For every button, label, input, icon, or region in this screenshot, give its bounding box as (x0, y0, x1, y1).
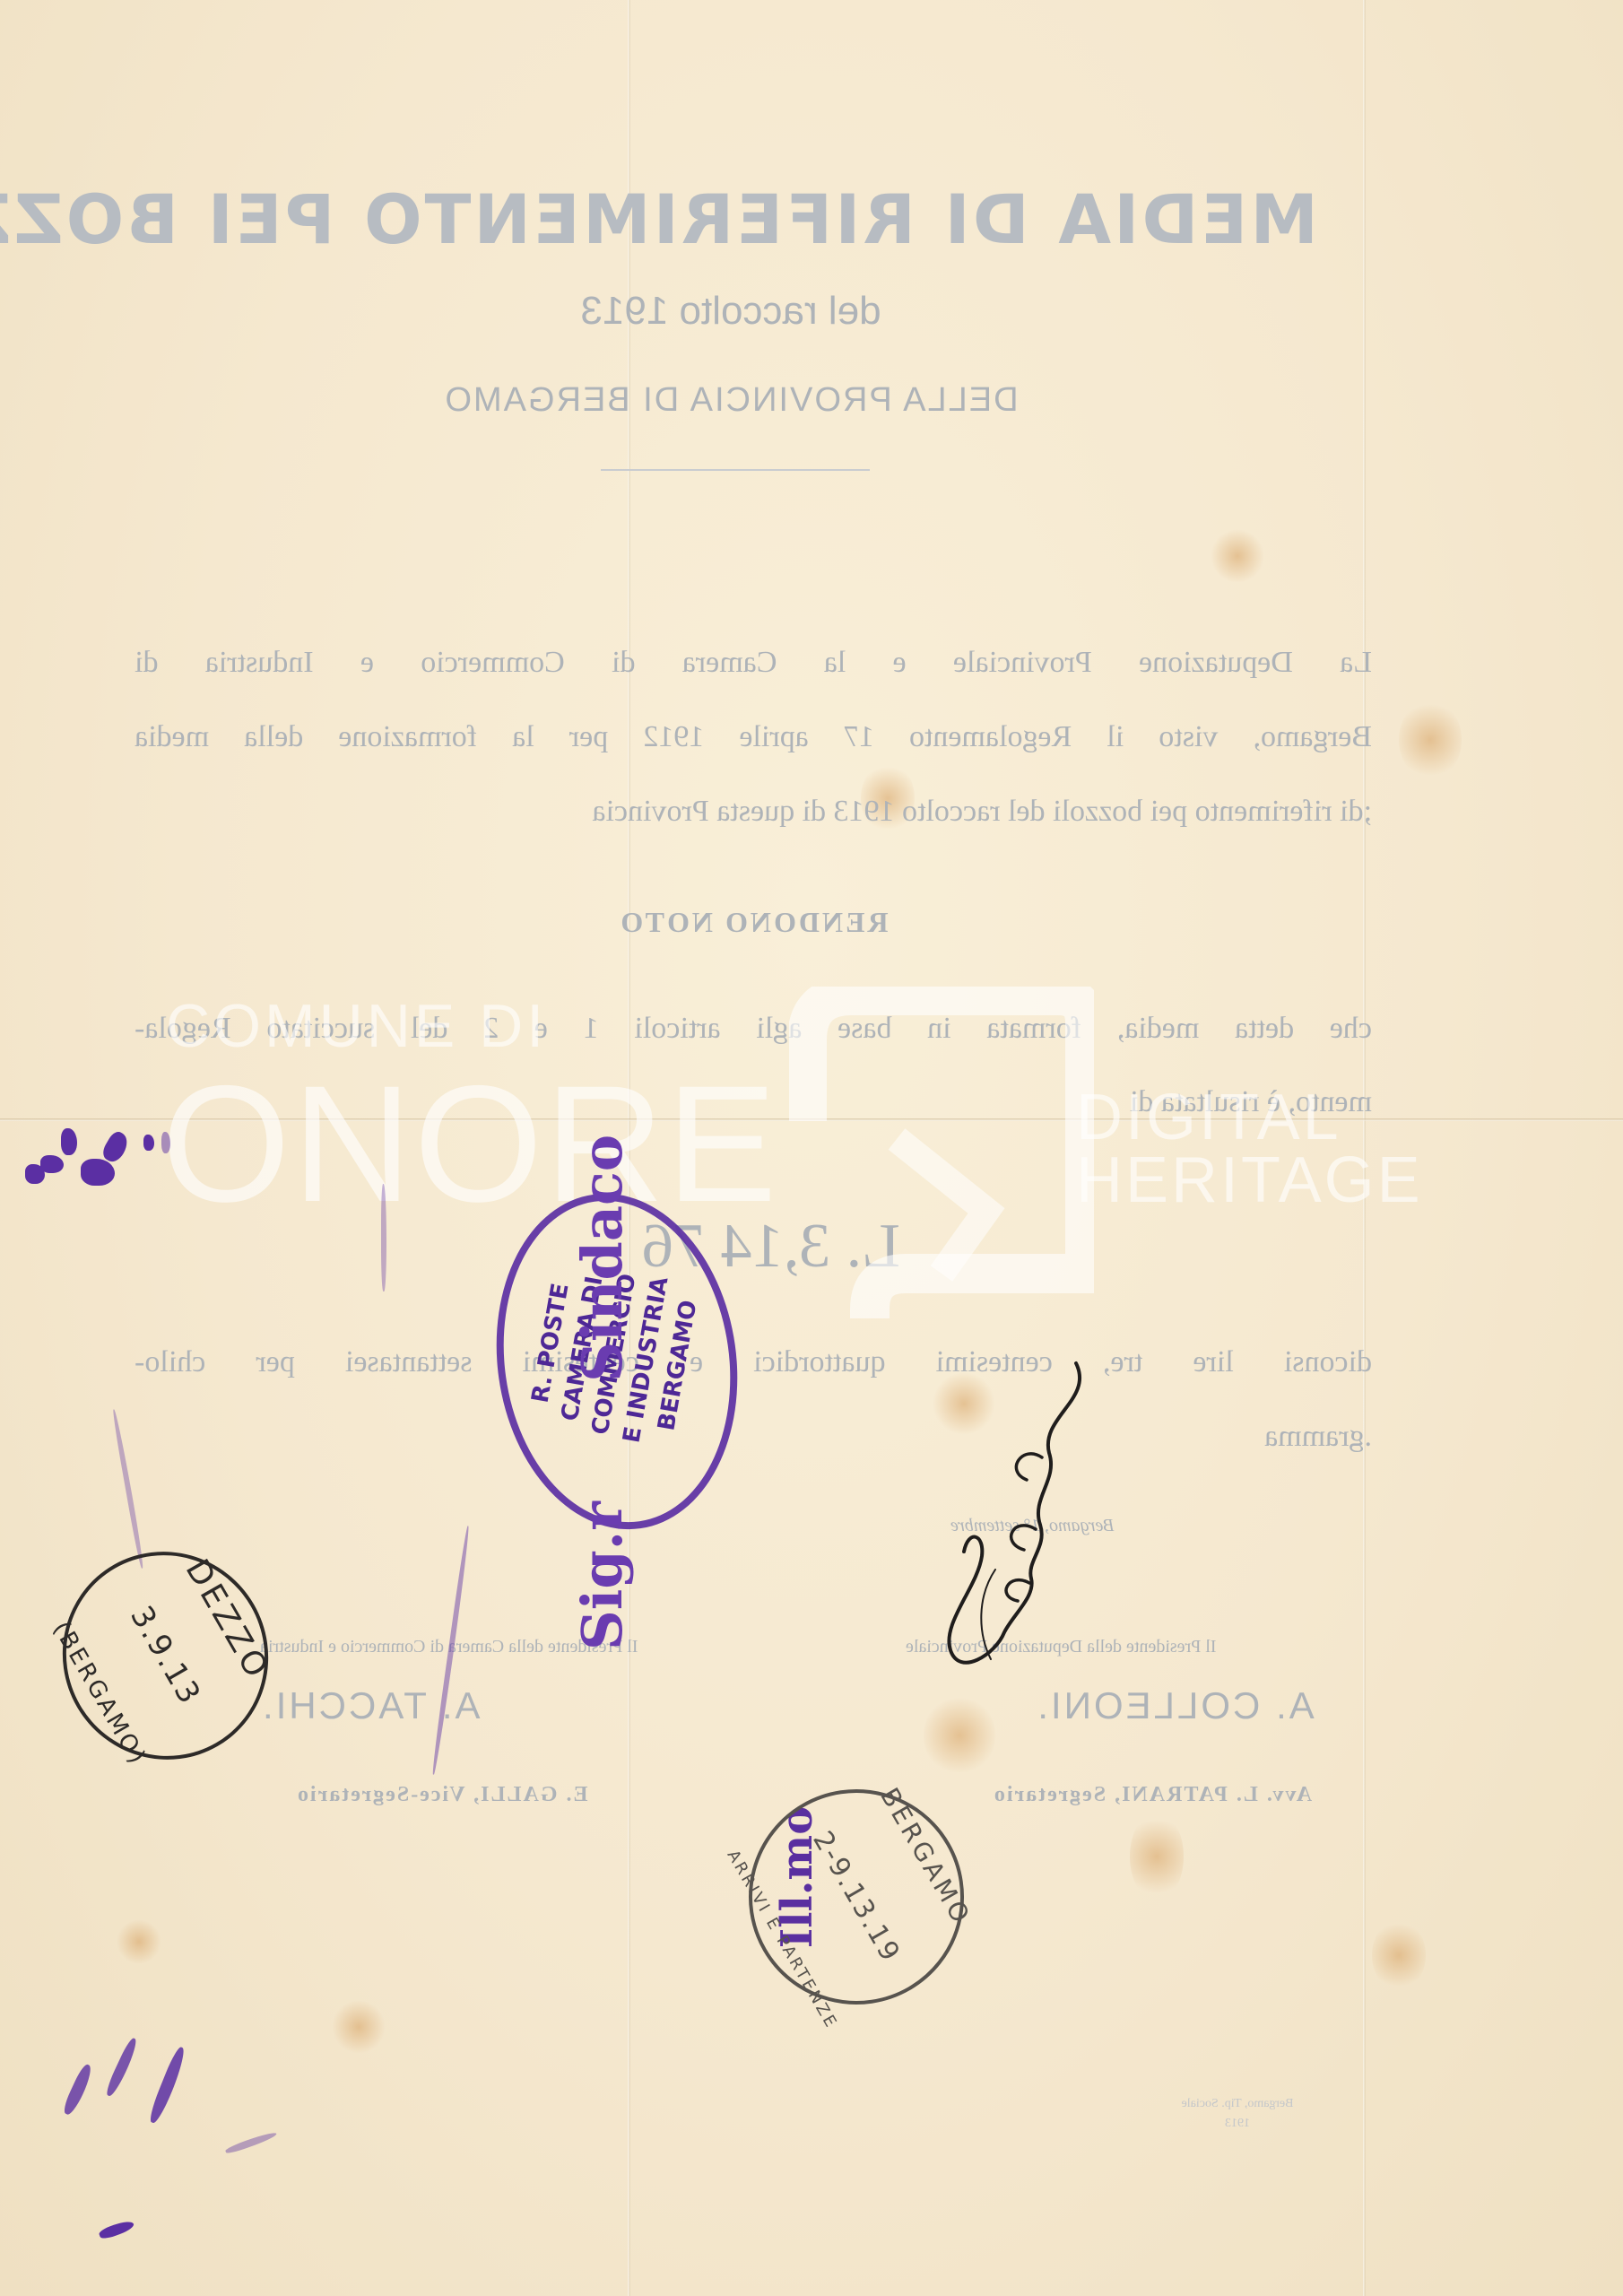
watermark-logo-icon (789, 987, 1094, 1327)
ink-smudge (143, 1135, 154, 1151)
ink-smudge (81, 1159, 115, 1186)
body-line: gramma. (135, 1420, 1372, 1454)
body-line: diconsi lire tre, centesimi quattordici … (135, 1345, 1372, 1379)
stain (1399, 700, 1462, 780)
decorative-rule (601, 469, 870, 471)
ink-scribble (104, 2037, 140, 2099)
printer-line: Bergamo, Tip. Sociale (1157, 2094, 1318, 2114)
document-subtitle: del raccolto 1913 (143, 289, 1318, 334)
signatory-name-left: A. COLLEONI. (1013, 1684, 1336, 1727)
signatory-name-right: A. TACCHI. (260, 1684, 601, 1727)
announcement-heading: RENDONO NOTO (135, 906, 1372, 939)
watermark-heritage: HERITAGE (1076, 1144, 1423, 1217)
ink-scribble (147, 2046, 189, 2126)
address-salutation: Sig.r (569, 1501, 635, 1650)
printer-line: 1913 (1157, 2114, 1318, 2134)
ink-smudge (40, 1155, 64, 1173)
postmark-bergamo: BERGAMO 2-9.13.19 ARRIVI E PARTENZE (709, 1750, 1003, 2044)
printer-imprint: Bergamo, Tip. Sociale 1913 (1157, 2094, 1318, 2134)
body-line: Bergamo, visto il Regolamento 17 aprile … (135, 720, 1372, 754)
stain (117, 1919, 161, 1964)
document-province: DELLA PROVINCIA DI BERGAMO (143, 381, 1318, 420)
ink-scribble (61, 2063, 95, 2117)
postmark-date: 3.9.13 (123, 1600, 208, 1711)
address-recipient-name: Sindaco (569, 1135, 635, 1382)
secretary-right: E. GALLI, Vice-Segretario (296, 1783, 690, 1807)
body-line: di riferimento pei bozzoli del raccolto … (135, 795, 1372, 829)
document-title: MEDIA DI RIFERIMENTO PEI BOZZOLI (143, 179, 1318, 259)
address-recipient: Sig.r Sindaco (569, 1135, 635, 1650)
handwritten-signature (942, 1345, 1103, 1686)
ink-scribble (98, 2219, 135, 2241)
stain (332, 2000, 386, 2054)
stain (1130, 1812, 1184, 1901)
watermark-onore: ONORE (161, 1049, 778, 1239)
ink-smudge (161, 1132, 170, 1153)
body-line: La Deputazione Provinciale e la Camera d… (135, 646, 1372, 680)
stain (1211, 529, 1264, 583)
ink-smudge (61, 1128, 77, 1155)
stain (924, 1695, 995, 1776)
scanned-document-page: MEDIA DI RIFERIMENTO PEI BOZZOLI del rac… (0, 0, 1623, 2296)
secretary-left: Avv. L. PATRANI, Segretario (968, 1783, 1336, 1807)
ink-scribble (224, 2130, 277, 2155)
stain (1372, 1919, 1426, 1991)
postmark-dezzo: DEZZO 3.9.13 (BERGAMO) (25, 1514, 307, 1797)
postmark-date: 2-9.13.19 (806, 1826, 907, 1968)
